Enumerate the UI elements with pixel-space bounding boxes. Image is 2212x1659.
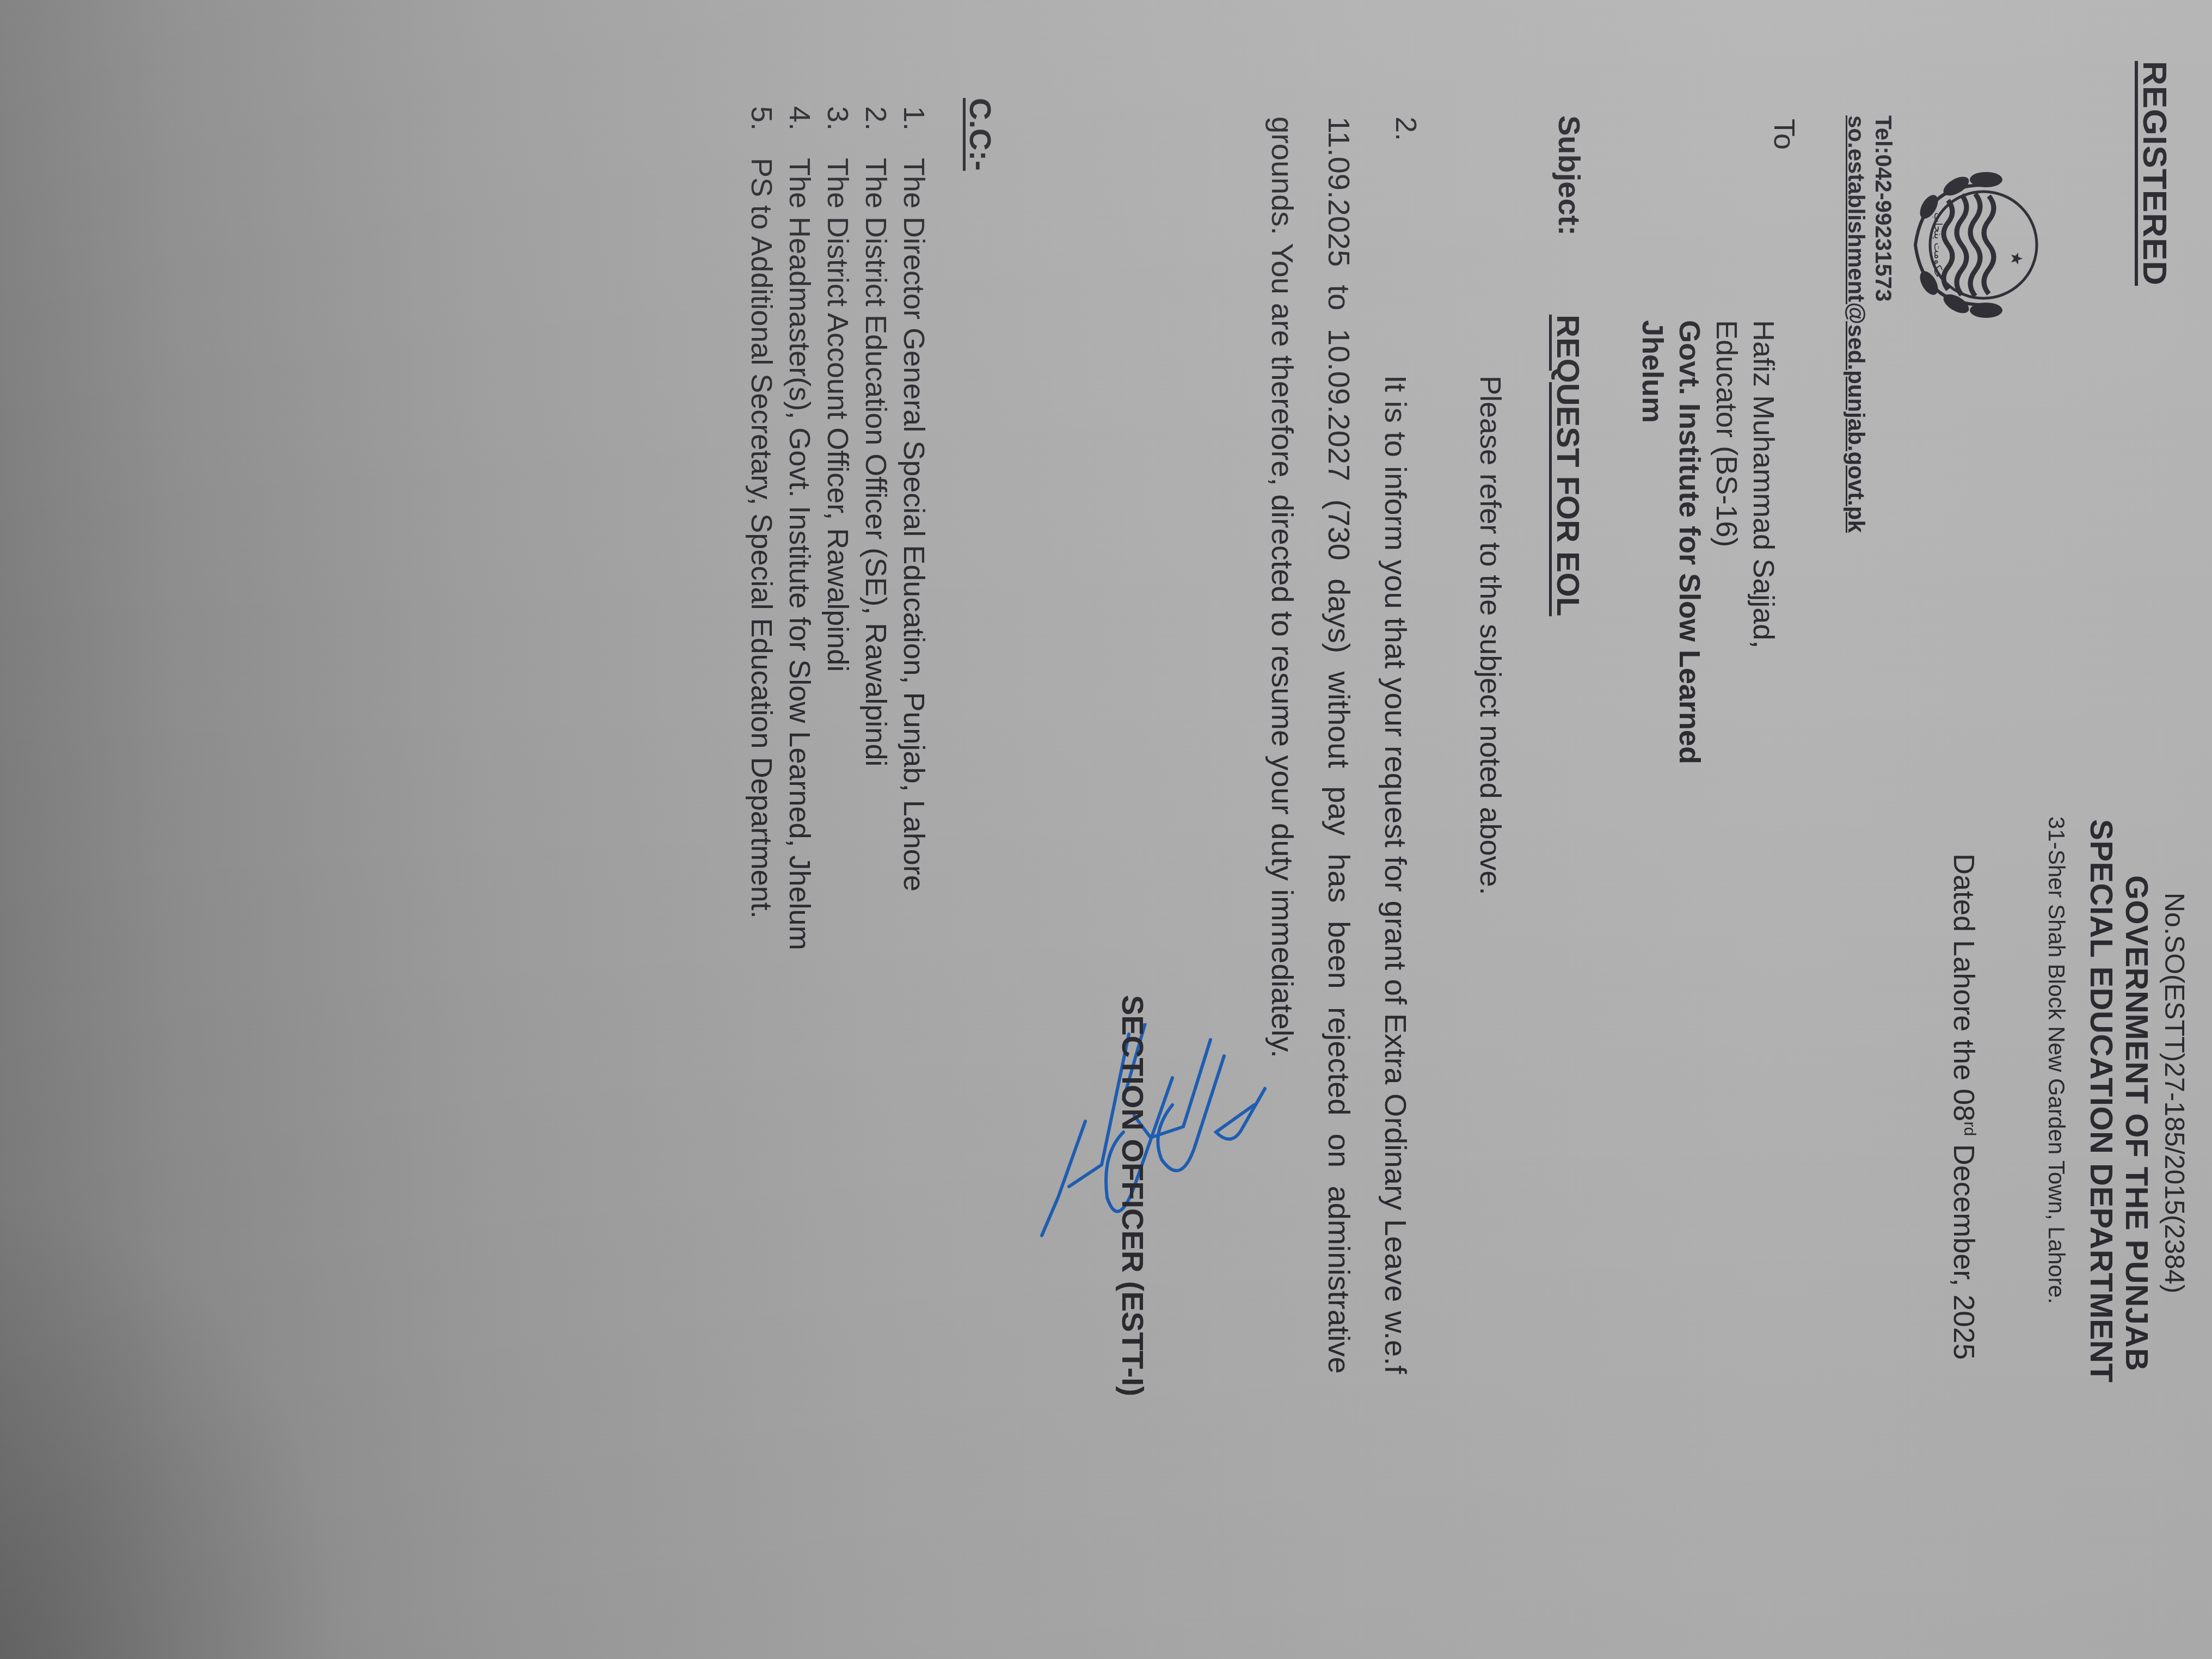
cc-item: 4.The Headmaster(s), Govt. Institute for…: [781, 106, 819, 950]
intro-line: Please refer to the subject noted above.: [1473, 376, 1507, 895]
letter-page: REGISTERED حکومت پنجاب: [0, 0, 2212, 1659]
date-ordinal: rd: [1961, 1121, 1978, 1136]
addressee-block: Hafiz Muhammad Sajjad, Educator (BS-16) …: [1634, 320, 1782, 764]
addressee-designation: Educator (BS-16): [1708, 320, 1745, 764]
cc-item-text: The District Account Officer, Rawalpindi: [819, 158, 857, 672]
registered-label: REGISTERED: [2135, 61, 2174, 286]
cc-item-text: The District Education Officer (SE), Raw…: [857, 158, 895, 766]
date-rest: December, 2025: [1947, 1136, 1980, 1360]
cc-label: C.C:-: [963, 98, 998, 171]
paragraph-body: It is to inform you that your request fo…: [1254, 116, 1424, 1374]
letter-date: Dated Lahore the 08rd December, 2025: [1947, 853, 1981, 1360]
cc-item-number: 5.: [742, 106, 781, 158]
cc-item-number: 1.: [895, 106, 933, 158]
email-link[interactable]: so.establishment@sed.punjab.govt.pk: [1843, 115, 1869, 533]
cc-item: 3.The District Account Officer, Rawalpin…: [819, 106, 857, 950]
office-address: 31-Sher Shah Block New Garden Town, Laho…: [2043, 816, 2069, 1304]
cc-list: 1.The Director General Special Education…: [742, 106, 933, 950]
cc-item: 2.The District Education Officer (SE), R…: [857, 106, 895, 950]
to-label: To: [1767, 119, 1801, 150]
cc-item-text: The Headmaster(s), Govt. Institute for S…: [781, 158, 819, 950]
cc-item-number: 2.: [857, 106, 895, 158]
cc-item-number: 4.: [781, 106, 819, 158]
cc-item-number: 3.: [819, 106, 857, 158]
subject-title: REQUEST FOR EOL: [1550, 315, 1586, 616]
telephone-number: Tel:042-99231573: [1870, 115, 1896, 302]
svg-text:حکومت پنجاب: حکومت پنجاب: [1931, 212, 1945, 278]
subject-label: Subject:: [1552, 115, 1587, 236]
signatory-title: SECTION OFFICER (ESTT-I): [1115, 995, 1151, 1396]
addressee-city: Jhelum: [1634, 320, 1671, 764]
addressee-name: Hafiz Muhammad Sajjad,: [1745, 320, 1782, 764]
punjab-emblem-icon: حکومت پنجاب: [1902, 147, 2049, 343]
date-prefix: Dated Lahore the 08: [1947, 853, 1980, 1121]
department-heading: SPECIAL EDUCATION DEPARTMENT: [2083, 819, 2119, 1383]
cc-item: 1.The Director General Special Education…: [895, 106, 933, 950]
cc-item-text: The Director General Special Education, …: [895, 158, 933, 892]
reference-number: No.SO(ESTT)27-185/2015(2384): [2159, 893, 2190, 1293]
cc-item: 5.PS to Additional Secretary, Special Ed…: [742, 106, 781, 950]
addressee-institution: Govt. Institute for Slow Learned: [1671, 320, 1708, 764]
cc-item-text: PS to Additional Secretary, Special Educ…: [742, 158, 781, 919]
government-heading: GOVERNMENT OF THE PUNJAB: [2118, 875, 2155, 1371]
